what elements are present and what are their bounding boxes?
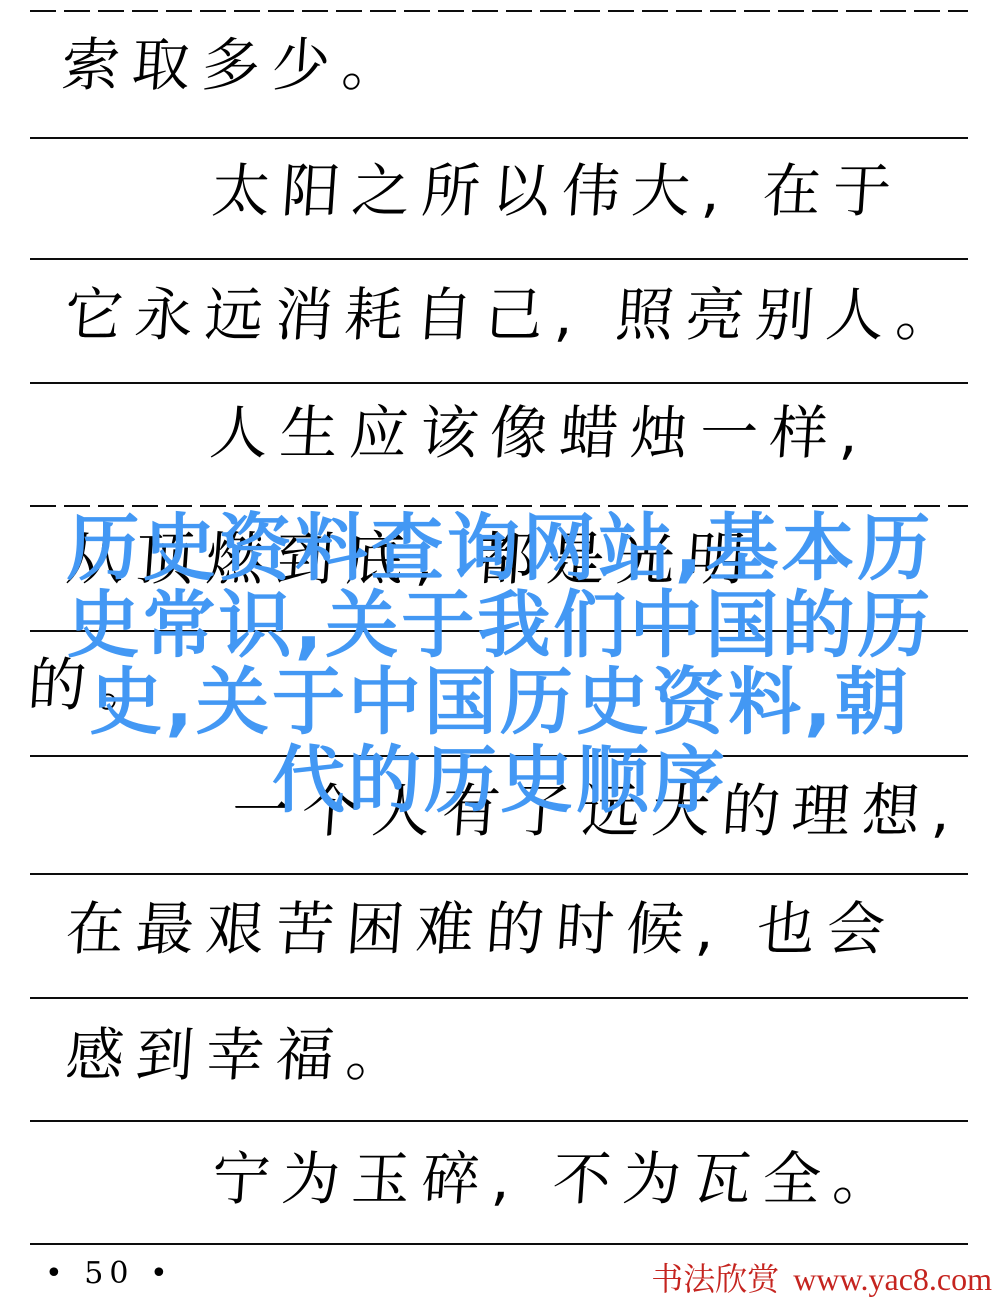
ruled-line	[30, 10, 968, 12]
handwriting-row: 它永远消耗自己, 照亮别人。	[63, 286, 968, 344]
ruled-line	[30, 630, 968, 632]
handwriting-row: 感到幸福。	[64, 1026, 418, 1084]
overlay-title-line: 史,关于中国历史资料,朝	[89, 666, 910, 739]
watermark: 书法欣赏www.yac8.com	[651, 1254, 992, 1300]
ruled-line	[30, 382, 968, 384]
watermark-site-name: 书法欣赏	[651, 1261, 779, 1297]
scanned-page: 索取多少。 太阳之所以伟大, 在于 它永远消耗自己, 照亮别人。 人生应该像蜡烛…	[0, 0, 1000, 1311]
handwriting-row: 在最艰苦困难的时候, 也会	[64, 900, 899, 958]
handwriting-row: 索取多少。	[60, 36, 414, 94]
ruled-line	[30, 137, 968, 139]
handwriting-row: 人生应该像蜡烛一样,	[208, 404, 872, 462]
watermark-url: www.yac8.com	[793, 1261, 992, 1297]
handwriting-row-obscured: 从顶燃到底, 都是光明	[64, 530, 759, 588]
handwriting-row-obscured: 一个人有了远大的理想,	[230, 782, 964, 840]
ruled-line	[30, 258, 968, 260]
ruled-line	[30, 505, 968, 507]
ruled-line	[30, 1243, 968, 1245]
ruled-line	[30, 997, 968, 999]
ruled-line	[30, 1120, 968, 1122]
ruled-line	[30, 755, 968, 757]
handwriting-row: 宁为玉碎, 不为瓦全。	[210, 1150, 905, 1208]
overlay-title-line: 史常识,关于我们中国的历	[67, 589, 934, 662]
handwriting-row-obscured: 的。	[26, 656, 170, 714]
page-number: • 50 •	[45, 1256, 174, 1291]
ruled-line	[30, 873, 968, 875]
handwriting-row: 太阳之所以伟大, 在于	[210, 162, 905, 220]
